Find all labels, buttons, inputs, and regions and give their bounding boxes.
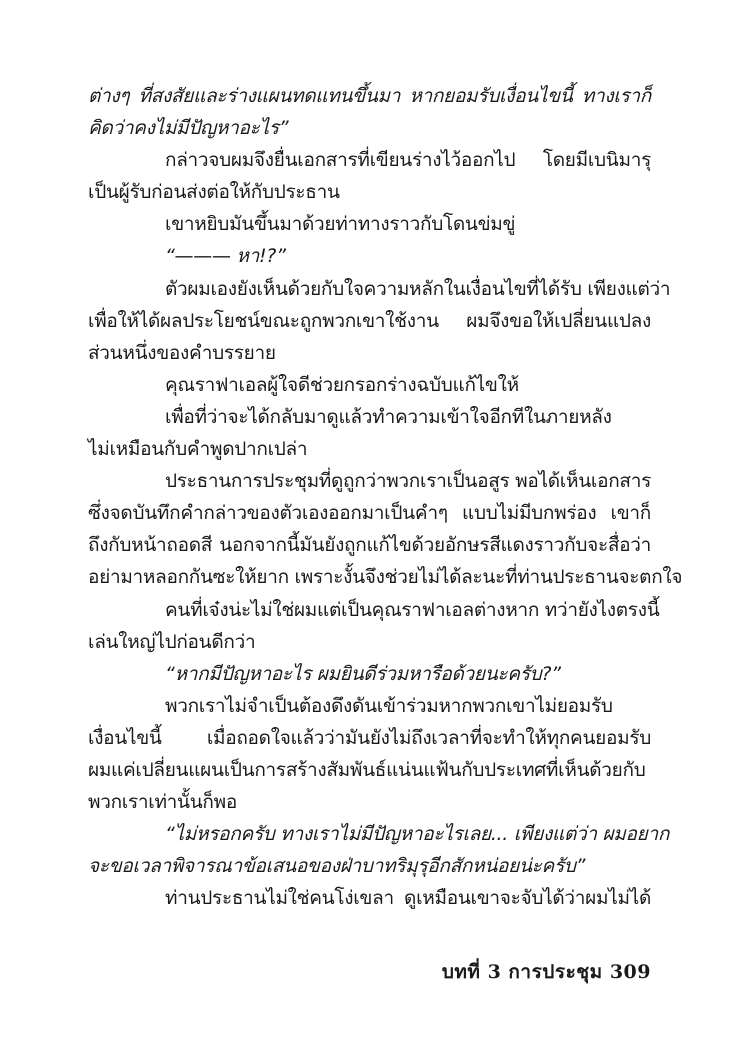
text-line: คนที่เจ๋งน่ะไม่ใช่ผมแต่เป็นคุณราฟาเอลต่า…	[88, 594, 651, 626]
text-line: เพื่อให้ได้ผลประโยชน์ขณะถูกพวกเขาใช้งาน …	[88, 305, 651, 337]
text-line: ตัวผมเองยังเห็นด้วยกับใจความหลักในเงื่อน…	[88, 273, 651, 305]
body-text: ต่างๆ ที่สงสัยและร่างแผนทดแทนขึ้นมา หากย…	[88, 80, 651, 914]
text-line: พวกเราไม่จำเป็นต้องดึงดันเข้าร่วมหากพวกเ…	[88, 690, 651, 722]
text-line: กล่าวจบผมจึงยื่นเอกสารที่เขียนร่างไว้ออก…	[88, 144, 651, 176]
text-line: เพื่อที่ว่าจะได้กลับมาดูแล้วทำความเข้าใจ…	[88, 401, 651, 433]
text-line: เงื่อนไขนี้ เมื่อถอดใจแล้วว่ามันยังไม่ถึ…	[88, 722, 651, 754]
text-line: เขาหยิบมันขึ้นมาด้วยท่าทางราวกับโดนข่มขู…	[88, 208, 651, 240]
text-line: “——— หา!?”	[88, 240, 651, 272]
text-line: คิดว่าคงไม่มีปัญหาอะไร”	[88, 112, 651, 144]
text-line: “หากมีปัญหาอะไร ผมยินดีร่วมหารือด้วยนะคร…	[88, 658, 651, 690]
text-line: ถึงกับหน้าถอดสี นอกจากนี้มันยังถูกแก้ไขด…	[88, 529, 651, 561]
running-footer: บทที่ 3 การประชุม 309	[400, 957, 651, 987]
text-line: ท่านประธานไม่ใช่คนโง่เขลา ดูเหมือนเขาจะจ…	[88, 882, 651, 914]
text-line: อย่ามาหลอกกันซะให้ยาก เพราะงั้นจึงช่วยไม…	[88, 561, 651, 593]
text-line: ประธานการประชุมที่ดูถูกว่าพวกเราเป็นอสูร…	[88, 465, 651, 497]
text-line: ซึ่งจดบันทึกคำกล่าวของตัวเองออกมาเป็นคำๆ…	[88, 497, 651, 529]
text-line: ต่างๆ ที่สงสัยและร่างแผนทดแทนขึ้นมา หากย…	[88, 80, 651, 112]
text-line: ส่วนหนึ่งของคำบรรยาย	[88, 337, 651, 369]
text-line: ผมแค่เปลี่ยนแผนเป็นการสร้างสัมพันธ์แน่นแ…	[88, 754, 651, 786]
text-line: พวกเราเท่านั้นก็พอ	[88, 786, 651, 818]
text-line: “ไม่หรอกครับ ทางเราไม่มีปัญหาอะไรเลย... …	[88, 818, 651, 850]
text-line: เล่นใหญ่ไปก่อนดีกว่า	[88, 626, 651, 658]
text-line: เป็นผู้รับก่อนส่งต่อให้กับประธาน	[88, 176, 651, 208]
book-page: ต่างๆ ที่สงสัยและร่างแผนทดแทนขึ้นมา หากย…	[0, 0, 738, 1051]
chapter-label: บทที่ 3	[442, 961, 501, 983]
page-number: 309	[610, 961, 651, 983]
text-line: คุณราฟาเอลผู้ใจดีช่วยกรอกร่างฉบับแก้ไขให…	[88, 369, 651, 401]
text-line: ไม่เหมือนกับคำพูดปากเปล่า	[88, 433, 651, 465]
text-line: จะขอเวลาพิจารณาข้อเสนอของฝ่าบาทริมุรุอีก…	[88, 850, 651, 882]
chapter-title: การประชุม	[508, 961, 602, 983]
